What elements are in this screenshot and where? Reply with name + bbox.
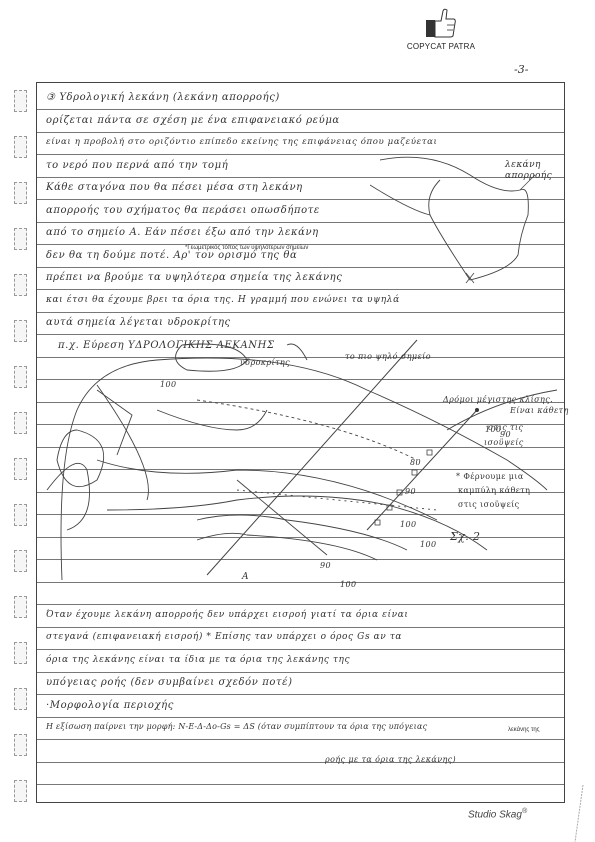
studio-footer: Studio Skag®: [468, 808, 527, 820]
ruled-line: [37, 784, 564, 785]
binder-hole: [14, 412, 27, 434]
contour-label: 100: [340, 580, 356, 589]
binder-hole: [14, 458, 27, 480]
body-line: απορροής του σχήματος θα περάσει οπωσδήπ…: [46, 205, 320, 216]
binder-hole: [14, 136, 27, 158]
lower-line: στεγανά (επιφανειακή εισροή) * Επίσης τα…: [46, 632, 402, 642]
binder-hole: [14, 734, 27, 756]
ruled-line: [37, 672, 564, 673]
binder-hole: [14, 780, 27, 802]
contour-label: 100: [400, 520, 416, 529]
ruled-line: [37, 627, 564, 628]
ruled-line: [37, 762, 564, 763]
topographic-diagram: [37, 330, 564, 600]
ruled-line: [37, 312, 564, 313]
side-note: ισοϋψείς: [484, 438, 524, 447]
star-note-line: στις ισοϋψείς: [458, 500, 520, 509]
logo-text: COPYCAT PATRA: [396, 42, 486, 51]
body-line: δεν θα τη δούμε ποτέ. Αρ' τον ορισμό της…: [46, 250, 297, 261]
binder-hole: [14, 504, 27, 526]
studio-name: Studio Skag: [468, 809, 522, 820]
page-edge-shadow: [565, 785, 587, 842]
body-line: είναι η προβολή στο οριζόντιο επίπεδο εκ…: [46, 137, 437, 147]
binder-hole: [14, 228, 27, 250]
ruled-line: [37, 109, 564, 110]
ruled-line: [37, 739, 564, 740]
registered-icon: ®: [522, 808, 527, 815]
side-note: στις τις: [488, 423, 523, 432]
body-line: ορίζεται πάντα σε σχέση με ένα επιφανεια…: [46, 115, 340, 126]
binder-hole: [14, 642, 27, 664]
divide-label: υδροκρίτης: [240, 358, 290, 367]
binder-hole: [14, 90, 27, 112]
body-line: ③ Υδρολογική λεκάνη (λεκάνη απορροής): [46, 92, 280, 103]
outlet-label: Α: [242, 572, 249, 582]
lower-line: όρια της λεκάνης είναι τα ίδια με τα όρι…: [46, 655, 350, 665]
lower-line: ·Μορφολογία περιοχής: [46, 700, 174, 711]
side-note: Δρόμοι μέγιστης κλίσης.: [443, 395, 553, 404]
ruled-line: [37, 132, 564, 133]
body-line: από το σημείο Α. Εάν πέσει έξω από την λ…: [46, 227, 319, 238]
lower-line: Όταν έχουμε λεκάνη απορροής δεν υπάρχει …: [46, 610, 409, 620]
ruled-line: [37, 604, 564, 605]
ruled-line: [37, 694, 564, 695]
star-note-line: καμπύλη κάθετη: [458, 486, 530, 495]
interlinear-note: *Γεωμετρικός τόπος των υψηλότερων σημείω…: [185, 245, 308, 251]
ruled-line: [37, 649, 564, 650]
body-line: αυτά σημεία λέγεται υδροκρίτης: [46, 317, 231, 328]
star-note-line: * Φέρνουμε μια: [456, 472, 524, 481]
basin-label: λεκάνη: [505, 160, 541, 170]
basin-label-2: απορροής: [505, 171, 552, 181]
thumbs-up-icon: [424, 6, 458, 40]
contour-label: 100: [420, 540, 436, 549]
highest-point-label: το πιο ψηλό σημείο: [345, 352, 431, 361]
body-line: και έτσι θα έχουμε βρει τα όρια της. Η γ…: [46, 295, 400, 305]
binder-hole: [14, 550, 27, 572]
lower-line: Η εξίσωση παίρνει την μορφή: Ν-Ε-Δ-Δο-Gs…: [46, 722, 427, 731]
contour-label: 90: [320, 561, 331, 570]
equation-annotation-above: λεκάνης της: [508, 727, 540, 733]
binder-hole: [14, 274, 27, 296]
figure-label: Σχ. 2: [450, 530, 480, 543]
lower-line: υπόγειας ροής (δεν συμβαίνει σχεδόν ποτέ…: [46, 677, 293, 688]
ruled-line: [37, 717, 564, 718]
binder-hole: [14, 320, 27, 342]
binder-hole: [14, 596, 27, 618]
body-line: πρέπει να βρούμε τα υψηλότερα σημεία της…: [46, 272, 342, 283]
page-number: -3-: [514, 63, 528, 76]
equation-annotation-below: ροής με τα όρια της λεκάνης): [325, 755, 456, 764]
ruled-line: [37, 289, 564, 290]
body-line: Κάθε σταγόνα που θα πέσει μέσα στη λεκάν…: [46, 182, 303, 193]
contour-label: 80: [410, 458, 421, 467]
contour-label: 100: [160, 380, 176, 389]
side-note: Είναι κάθετη: [510, 406, 569, 415]
binder-hole: [14, 366, 27, 388]
binder-holes: [14, 90, 30, 826]
binder-hole: [14, 688, 27, 710]
body-line: το νερό που περνά από την τομή: [46, 160, 228, 171]
binder-hole: [14, 182, 27, 204]
copycat-logo: COPYCAT PATRA: [396, 6, 486, 64]
contour-label: 90: [405, 487, 416, 496]
